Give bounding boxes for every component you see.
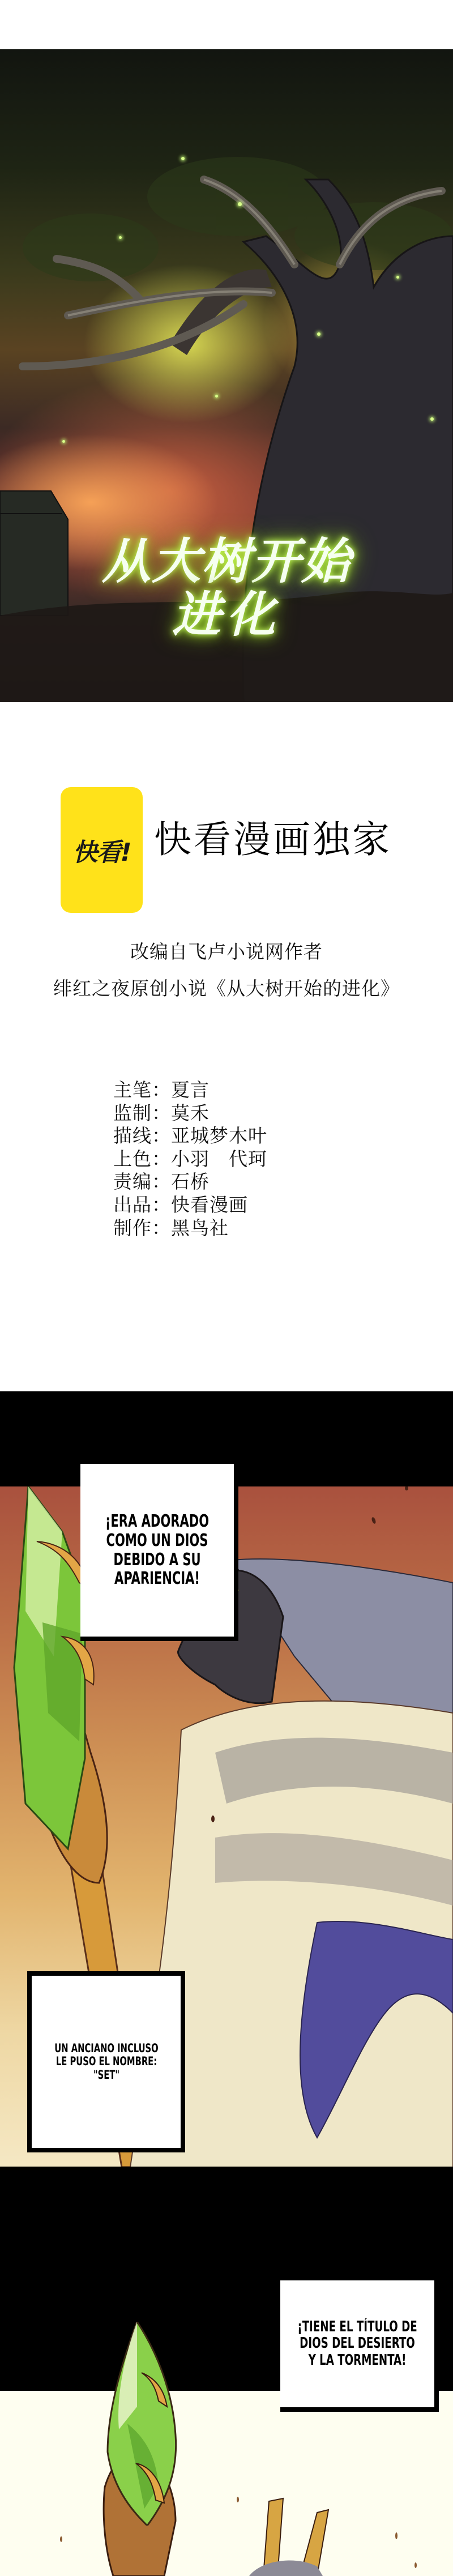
credit-role: 责编： bbox=[113, 1170, 171, 1193]
firefly-glow bbox=[317, 332, 320, 336]
caption-box-1: ¡ERA ADORADO COMO UN DIOS DEBIDO A SU AP… bbox=[80, 1464, 238, 1641]
green-crystal bbox=[102, 2322, 187, 2526]
caption-box-2: UN ANCIANO INCLUSO LE PUSO EL NOMBRE: "S… bbox=[27, 1971, 185, 2152]
firefly-glow bbox=[396, 276, 399, 279]
caption-text: ¡TIENE EL TÍTULO DE DIOS DEL DESIERTO Y … bbox=[297, 2319, 417, 2368]
credit-row: 主笔：夏言 bbox=[113, 1079, 396, 1102]
caption-text: UN ANCIANO INCLUSO LE PUSO EL NOMBRE: "S… bbox=[49, 2042, 164, 2082]
firefly-glow bbox=[215, 395, 218, 398]
exclusive-label: 快看漫画独家 bbox=[154, 821, 392, 858]
credit-role: 监制： bbox=[113, 1102, 171, 1124]
caption-box-3: ¡TIENE EL TÍTULO DE DIOS DEL DESIERTO Y … bbox=[280, 2280, 439, 2412]
firefly-glow bbox=[181, 157, 185, 160]
caption-text: ¡ERA ADORADO COMO UN DIOS DEBIDO A SU AP… bbox=[97, 1512, 217, 1588]
credit-role: 出品： bbox=[113, 1194, 171, 1216]
firefly-glow bbox=[430, 417, 434, 421]
credit-role: 描线： bbox=[113, 1125, 171, 1147]
logo-text: 快看! bbox=[72, 832, 130, 868]
credit-row: 描线：亚城梦木叶 bbox=[113, 1125, 396, 1148]
credit-row: 监制：莫禾 bbox=[113, 1102, 396, 1125]
credit-row: 责编：石桥 bbox=[113, 1170, 396, 1194]
title-line-2: 进化 bbox=[57, 589, 396, 640]
adaptation-line-2: 绯红之夜原创小说《从大树开始的进化》 bbox=[0, 974, 453, 1001]
staff-credits: 主笔：夏言 监制：莫禾 描线：亚城梦木叶 上色：小羽 代珂 责编：石桥 出品：快… bbox=[113, 1079, 396, 1240]
credit-name: 小羽 代珂 bbox=[171, 1148, 267, 1170]
credit-name: 石桥 bbox=[171, 1170, 210, 1193]
credit-name: 亚城梦木叶 bbox=[171, 1125, 267, 1147]
credit-name: 夏言 bbox=[171, 1079, 210, 1101]
adaptation-line-1: 改编自飞卢小说网作者 bbox=[0, 937, 453, 964]
credit-row: 制作：黑鸟社 bbox=[113, 1217, 396, 1240]
comic-panel-staff-closeup bbox=[0, 2391, 453, 2576]
credit-role: 制作： bbox=[113, 1217, 171, 1239]
credit-row: 出品：快看漫画 bbox=[113, 1194, 396, 1217]
credit-name: 快看漫画 bbox=[171, 1194, 248, 1216]
firefly-glow bbox=[119, 236, 122, 239]
staff-crystal-illustration bbox=[0, 2391, 453, 2576]
firefly-glow bbox=[238, 202, 242, 206]
kuaikan-logo: 快看! bbox=[61, 787, 143, 913]
firefly-glow bbox=[62, 440, 65, 443]
cover-title-calligraphy: 从大树开始 进化 bbox=[57, 536, 396, 641]
cover-illustration: 从大树开始 进化 bbox=[0, 49, 453, 702]
credit-name: 黑鸟社 bbox=[171, 1217, 229, 1239]
credit-role: 上色： bbox=[113, 1148, 171, 1170]
credit-role: 主笔： bbox=[113, 1079, 171, 1101]
credit-name: 莫禾 bbox=[171, 1102, 210, 1124]
credit-row: 上色：小羽 代珂 bbox=[113, 1148, 396, 1171]
title-line-1: 从大树开始 bbox=[57, 536, 396, 587]
